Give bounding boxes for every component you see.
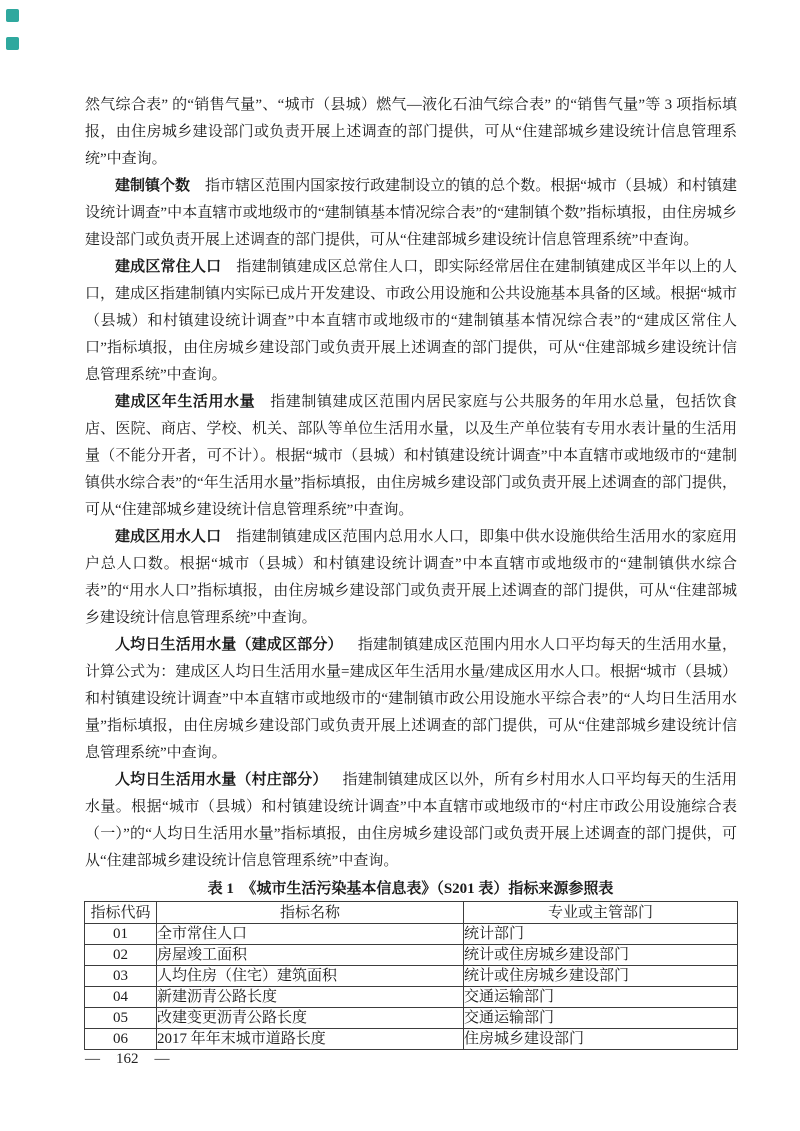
table-row: 03 人均住房（住宅）建筑面积 统计或住房城乡建设部门: [85, 966, 738, 987]
cell-department: 住房城乡建设部门: [464, 1029, 738, 1050]
page-footer: —162—: [85, 1049, 170, 1069]
corner-marker-icon: [6, 9, 19, 22]
cell-department: 统计或住房城乡建设部门: [464, 945, 738, 966]
cell-name: 改建变更沥青公路长度: [157, 1008, 464, 1029]
paragraph-gas-indicators: 然气综合表” 的“销售气量”、“城市（县城）燃气—液化石油气综合表” 的“销售气…: [85, 92, 737, 173]
cell-name: 房屋竣工面积: [157, 945, 464, 966]
cell-name: 人均住房（住宅）建筑面积: [157, 966, 464, 987]
cell-code: 02: [85, 945, 157, 966]
paragraph-daily-water-builtup: 人均日生活用水量（建成区部分）指建制镇建成区范围内用水人口平均每天的生活用水量，…: [85, 632, 737, 767]
term-label: 建成区常住人口: [115, 259, 221, 275]
table-row: 05 改建变更沥青公路长度 交通运输部门: [85, 1008, 738, 1029]
cell-name: 新建沥青公路长度: [157, 987, 464, 1008]
column-header-name: 指标名称: [157, 902, 464, 924]
reference-table-section: 表 1 《城市生活污染基本信息表》（S201 表）指标来源参照表 指标代码 指标…: [84, 878, 737, 1050]
indicator-source-table: 指标代码 指标名称 专业或主管部门 01 全市常住人口 统计部门 02 房屋竣工…: [84, 901, 738, 1050]
cell-department: 统计部门: [464, 924, 738, 945]
paragraph-text: 指建制镇建成区范围内居民家庭与公共服务的年用水总量，包括饮食店、医院、商店、学校…: [85, 394, 737, 518]
page-number: 162: [116, 1051, 139, 1067]
table-row: 02 房屋竣工面积 统计或住房城乡建设部门: [85, 945, 738, 966]
table-header-row: 指标代码 指标名称 专业或主管部门: [85, 902, 738, 924]
table-title: 表 1 《城市生活污染基本信息表》（S201 表）指标来源参照表: [84, 878, 737, 901]
term-label: 人均日生活用水量（建成区部分）: [115, 637, 343, 653]
paragraph-town-count: 建制镇个数指市辖区范围内国家按行政建制设立的镇的总个数。根据“城市（县城）和村镇…: [85, 173, 737, 254]
paragraph-annual-water-use: 建成区年生活用水量指建制镇建成区范围内居民家庭与公共服务的年用水总量，包括饮食店…: [85, 389, 737, 524]
paragraph-text: 指建制镇建成区总常住人口，即实际经常居住在建制镇建成区半年以上的人口，建成区指建…: [85, 259, 737, 383]
table-row: 04 新建沥青公路长度 交通运输部门: [85, 987, 738, 1008]
term-label: 建成区年生活用水量: [115, 394, 255, 410]
cell-code: 05: [85, 1008, 157, 1029]
paragraph-builtup-population: 建成区常住人口指建制镇建成区总常住人口，即实际经常居住在建制镇建成区半年以上的人…: [85, 254, 737, 389]
table-row: 01 全市常住人口 统计部门: [85, 924, 738, 945]
column-header-code: 指标代码: [85, 902, 157, 924]
cell-department: 统计或住房城乡建设部门: [464, 966, 738, 987]
footer-dash-left: —: [85, 1051, 100, 1067]
paragraph-text: 指建制镇建成区范围内用水人口平均每天的生活用水量，计算公式为：建成区人均日生活用…: [85, 637, 737, 761]
paragraph-daily-water-village: 人均日生活用水量（村庄部分）指建制镇建成区以外，所有乡村用水人口平均每天的生活用…: [85, 767, 737, 875]
cell-name: 2017 年年末城市道路长度: [157, 1029, 464, 1050]
paragraph-water-population: 建成区用水人口指建制镇建成区范围内总用水人口，即集中供水设施供给生活用水的家庭用…: [85, 524, 737, 632]
paragraph-text: 然气综合表” 的“销售气量”、“城市（县城）燃气—液化石油气综合表” 的“销售气…: [85, 97, 737, 167]
cell-code: 03: [85, 966, 157, 987]
footer-dash-right: —: [155, 1051, 170, 1067]
cell-department: 交通运输部门: [464, 987, 738, 1008]
column-header-department: 专业或主管部门: [464, 902, 738, 924]
cell-code: 01: [85, 924, 157, 945]
term-label: 建成区用水人口: [115, 529, 221, 545]
cell-code: 06: [85, 1029, 157, 1050]
corner-marker-icon: [6, 37, 19, 50]
term-label: 人均日生活用水量（村庄部分）: [115, 772, 328, 788]
cell-name: 全市常住人口: [157, 924, 464, 945]
document-body: 然气综合表” 的“销售气量”、“城市（县城）燃气—液化石油气综合表” 的“销售气…: [85, 92, 737, 875]
term-label: 建制镇个数: [115, 178, 190, 194]
cell-department: 交通运输部门: [464, 1008, 738, 1029]
table-row: 06 2017 年年末城市道路长度 住房城乡建设部门: [85, 1029, 738, 1050]
cell-code: 04: [85, 987, 157, 1008]
